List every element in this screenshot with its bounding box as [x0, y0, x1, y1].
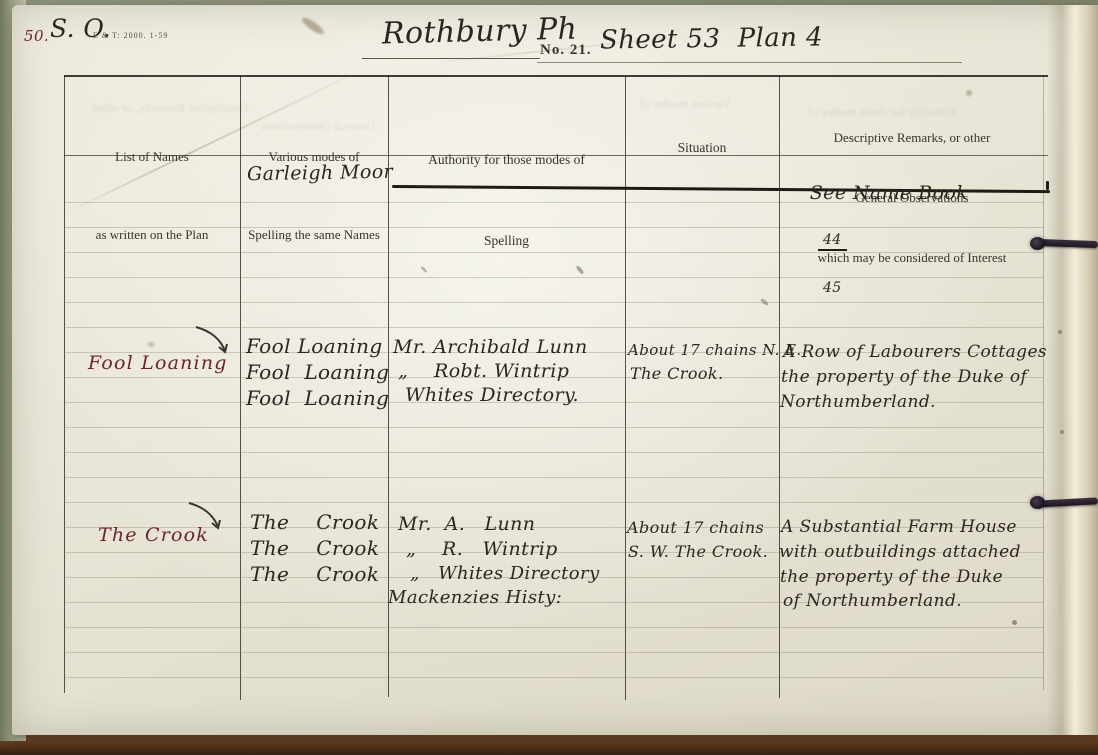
entry-name-fool-loaning: Fool Loaning — [88, 352, 228, 374]
header-line: Descriptive Remarks, or other — [779, 128, 1045, 148]
parish-underline — [362, 58, 540, 59]
spelling-line: Fool Loaning — [246, 386, 389, 410]
authority-line: Mr. Archibald Lunn — [393, 336, 588, 358]
page-curl-edge — [1046, 5, 1098, 735]
sheet-plan-underline — [537, 62, 962, 63]
cross-reference-line-hook — [1046, 181, 1049, 190]
spelling-line: The Crook — [250, 536, 379, 560]
no-label: No. 21. — [540, 42, 592, 59]
spelling-line: The Crook — [250, 562, 379, 586]
remarks-line: Northumberland. — [780, 392, 936, 412]
remarks-line: A Row of Labourers Cottages — [783, 342, 1047, 362]
photo-frame: Descriptive Remarks, or other General Ob… — [0, 0, 1098, 755]
header-various-modes: Various modes of Spelling the same Names — [240, 92, 388, 300]
situation-line: About 17 chains — [627, 518, 764, 537]
name-book-reference-fraction: 44 45 — [818, 204, 847, 326]
remarks-line: the property of the Duke of — [781, 367, 1027, 387]
fraction-denominator: 45 — [818, 280, 847, 296]
sheet-plan: Sheet 53 Plan 4 — [600, 22, 823, 55]
header-list-of-names: List of Names as written on the Plan — [64, 92, 240, 300]
header-line: as written on the Plan — [64, 222, 240, 248]
header-line: Situation — [625, 140, 779, 156]
print-code: E & T: 2000. 1-59 — [93, 31, 168, 40]
spelling-line: The Crook — [250, 510, 379, 534]
remarks-line: of Northumberland. — [783, 591, 962, 611]
situation-line: S. W. The Crook. — [628, 542, 768, 561]
note-row-remark: See Name Book 44 45 — [784, 160, 968, 348]
fraction-numerator: 44 — [818, 233, 847, 251]
binding-knot — [1030, 237, 1045, 250]
header-line: List of Names — [64, 144, 240, 170]
header-situation: Situation — [625, 108, 779, 188]
header-line: Authority for those modes of — [388, 146, 625, 173]
authority-line: Mr. A. Lunn — [398, 513, 535, 535]
authority-line: „ Whites Directory — [410, 563, 600, 584]
note-row-spelling: Garleigh Moor — [247, 161, 393, 186]
authority-line: „ Robt. Wintrip — [398, 360, 569, 382]
header-line: Spelling the same Names — [240, 222, 388, 248]
situation-line: The Crook. — [630, 364, 723, 383]
entry-name-the-crook: The Crook — [98, 524, 209, 546]
header-line: Spelling — [388, 227, 625, 254]
remarks-line: with outbuildings attached — [779, 542, 1021, 562]
authority-line: Whites Directory. — [405, 384, 579, 406]
page-number: 50. — [24, 27, 49, 45]
remarks-line: A Substantial Farm House — [781, 517, 1017, 537]
spelling-line: Fool Loaning — [246, 334, 383, 358]
remarks-line: the property of the Duke — [780, 567, 1003, 587]
binding-knot — [1030, 496, 1045, 509]
note-remark-text: See Name Book — [810, 182, 968, 204]
spelling-line: Fool Loaning — [246, 360, 389, 384]
authority-line: „ R. Wintrip — [406, 538, 558, 560]
header-authority: Authority for those modes of Spelling — [388, 92, 625, 308]
table-top-border — [64, 75, 1048, 77]
situation-line: About 17 chains N. E. — [628, 341, 802, 359]
authority-line: Mackenzies Histy: — [388, 587, 562, 608]
